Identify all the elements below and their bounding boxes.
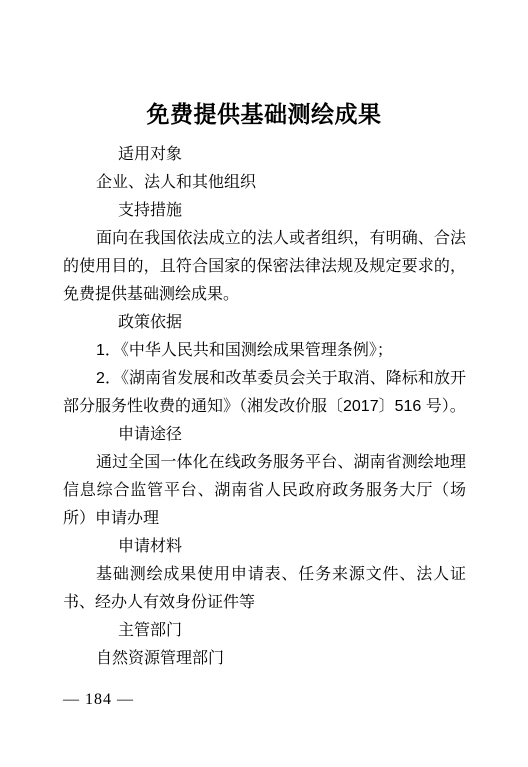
document-page: 免费提供基础测绘成果 适用对象 企业、法人和其他组织 支持措施 面向在我国依法成…	[0, 0, 528, 767]
section-competent-department: 主管部门 自然资源管理部门	[63, 617, 466, 673]
page-number: — 184 —	[63, 690, 134, 710]
section-policy-basis: 政策依据 1．《中华人民共和国测绘成果管理条例》； 2．《湖南省发展和改革委员会…	[63, 309, 466, 421]
paragraph: 基础测绘成果使用申请表、任务来源文件、法人证书、经办人有效身份证件等	[63, 561, 466, 617]
page-title: 免费提供基础测绘成果	[0, 99, 528, 129]
paragraph: 自然资源管理部门	[63, 645, 466, 673]
section-application-materials: 申请材料 基础测绘成果使用申请表、任务来源文件、法人证书、经办人有效身份证件等	[63, 533, 466, 617]
paragraph: 1．《中华人民共和国测绘成果管理条例》；	[63, 337, 466, 365]
section-heading: 支持措施	[63, 197, 466, 225]
paragraph: 通过全国一体化在线政务服务平台、湖南省测绘地理信息综合监管平台、湖南省人民政府政…	[63, 449, 466, 533]
section-support-measures: 支持措施 面向在我国依法成立的法人或者组织，有明确、合法的使用目的，且符合国家的…	[63, 197, 466, 309]
section-application-channel: 申请途径 通过全国一体化在线政务服务平台、湖南省测绘地理信息综合监管平台、湖南省…	[63, 421, 466, 533]
document-body: 适用对象 企业、法人和其他组织 支持措施 面向在我国依法成立的法人或者组织，有明…	[63, 141, 466, 673]
paragraph: 面向在我国依法成立的法人或者组织，有明确、合法的使用目的，且符合国家的保密法律法…	[63, 225, 466, 309]
paragraph: 2．《湖南省发展和改革委员会关于取消、降标和放开部分服务性收费的通知》（湘发改价…	[63, 365, 466, 421]
section-heading: 主管部门	[63, 617, 466, 645]
section-heading: 申请材料	[63, 533, 466, 561]
section-applicable-targets: 适用对象 企业、法人和其他组织	[63, 141, 466, 197]
section-heading: 适用对象	[63, 141, 466, 169]
section-heading: 申请途径	[63, 421, 466, 449]
paragraph: 企业、法人和其他组织	[63, 169, 466, 197]
section-heading: 政策依据	[63, 309, 466, 337]
